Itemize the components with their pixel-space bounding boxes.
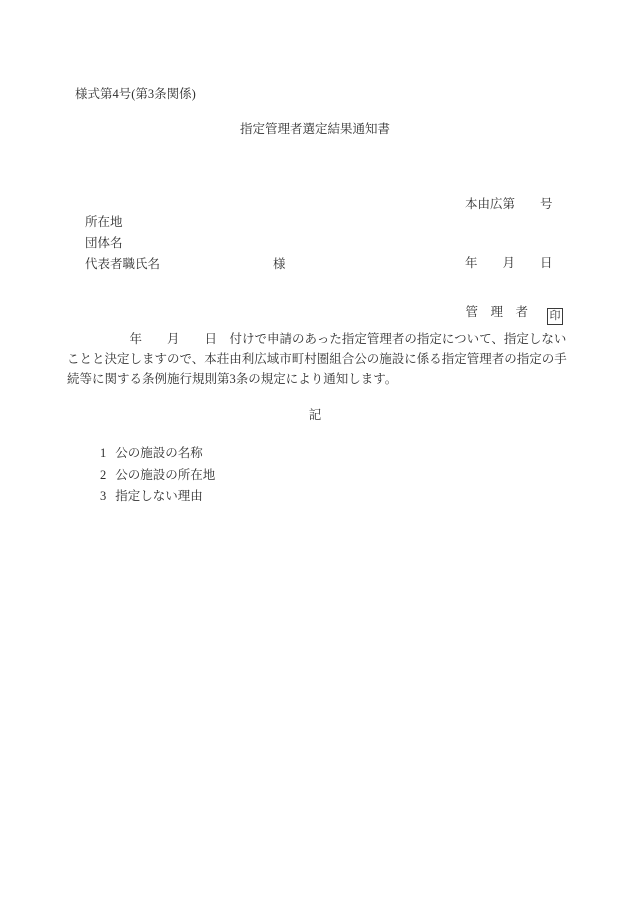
body-line: ことと決定しますので、本荘由利広域市町村圏組合公の施設に係る指定管理者の指定の手 <box>67 349 567 369</box>
manager-label: 管 理 者 <box>466 305 529 319</box>
body-line: 続等に関する条例施行規則第3条の規定により通知します。 <box>67 369 567 389</box>
list-item-number: 1 <box>100 446 106 460</box>
recipient-representative-label: 代表者職氏名 <box>85 257 160 271</box>
seal-box: 印 <box>547 308 563 325</box>
list-item-text: 指定しない理由 <box>115 489 203 503</box>
body-paragraph: 年 月 日 付けで申請のあった指定管理者の指定について、指定しない ことと決定し… <box>67 329 567 389</box>
list-item-number: 2 <box>100 468 106 482</box>
recipient-address-label: 所在地 <box>85 212 160 233</box>
document-title: 指定管理者選定結果通知書 <box>0 119 630 137</box>
enumerated-list: 1公の施設の名称 2公の施設の所在地 3指定しない理由 <box>100 443 215 508</box>
list-item-text: 公の施設の名称 <box>115 446 203 460</box>
list-item-number: 3 <box>100 489 106 503</box>
list-item: 1公の施設の名称 <box>100 443 215 465</box>
recipient-block: 所在地 団体名 代表者職氏名 様 <box>85 212 160 275</box>
list-item: 2公の施設の所在地 <box>100 465 215 487</box>
list-item-text: 公の施設の所在地 <box>115 468 215 482</box>
form-number: 様式第4号(第3条関係) <box>75 84 196 102</box>
body-line: 年 月 日 付けで申請のあった指定管理者の指定について、指定しない <box>67 329 567 349</box>
recipient-organization-label: 団体名 <box>85 233 160 254</box>
date-line: 年 月 日 <box>465 254 553 274</box>
doc-number-line: 本由広第 号 <box>465 195 553 215</box>
recipient-honorific: 様 <box>273 254 286 275</box>
list-item: 3指定しない理由 <box>100 486 215 508</box>
recipient-representative-line: 代表者職氏名 様 <box>85 254 160 275</box>
ki-heading: 記 <box>0 405 630 423</box>
document-page: 様式第4号(第3条関係) 指定管理者選定結果通知書 本由広第 号 年 月 日 所… <box>0 0 630 915</box>
